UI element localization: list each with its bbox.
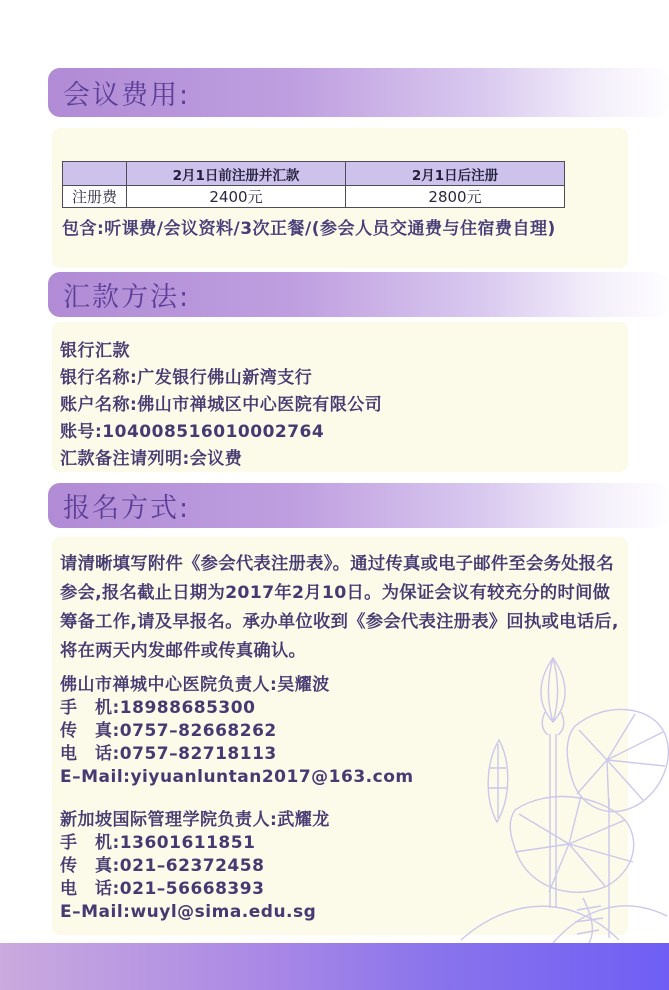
fees-table-row: 注册费 2400元 2800元 [63,186,565,208]
fees-row-label: 注册费 [63,186,127,208]
fees-includes-note: 包含:听课费/会议资料/3次正餐/(参会人员交通费与住宿费自理) [62,214,628,239]
bank-name-line: 银行名称:广发银行佛山新湾支行 [60,365,628,392]
fees-table-corner-cell [63,162,127,186]
lotus-decoration-icon [457,648,669,943]
fees-early-value: 2400元 [127,186,346,208]
fees-table-early-header: 2月1日前注册并汇款 [127,162,346,186]
remittance-panel: 银行汇款 银行名称:广发银行佛山新湾支行 账户名称:佛山市禅城区中心医院有限公司… [52,322,628,472]
fees-table-late-header: 2月1日后注册 [346,162,565,186]
fees-table: 2月1日前注册并汇款 2月1日后注册 注册费 2400元 2800元 [62,161,565,208]
fees-table-header-row: 2月1日前注册并汇款 2月1日后注册 [63,162,565,186]
section-title-fees: 会议费用: [63,73,190,112]
fees-late-value: 2800元 [346,186,565,208]
section-header-registration: 报名方式: [48,483,669,528]
section-title-registration: 报名方式: [63,486,190,525]
remittance-memo-line: 汇款备注请列明:会议费 [60,446,628,473]
account-number-line: 账号:104008516010002764 [60,419,628,446]
fees-panel: 2月1日前注册并汇款 2月1日后注册 注册费 2400元 2800元 包含:听课… [52,128,628,268]
account-name-line: 账户名称:佛山市禅城区中心医院有限公司 [60,392,628,419]
section-header-remittance: 汇款方法: [48,272,669,317]
footer-gradient-band [0,943,669,990]
bank-transfer-label: 银行汇款 [60,338,628,365]
section-header-fees: 会议费用: [48,68,669,117]
section-title-remittance: 汇款方法: [63,275,190,314]
